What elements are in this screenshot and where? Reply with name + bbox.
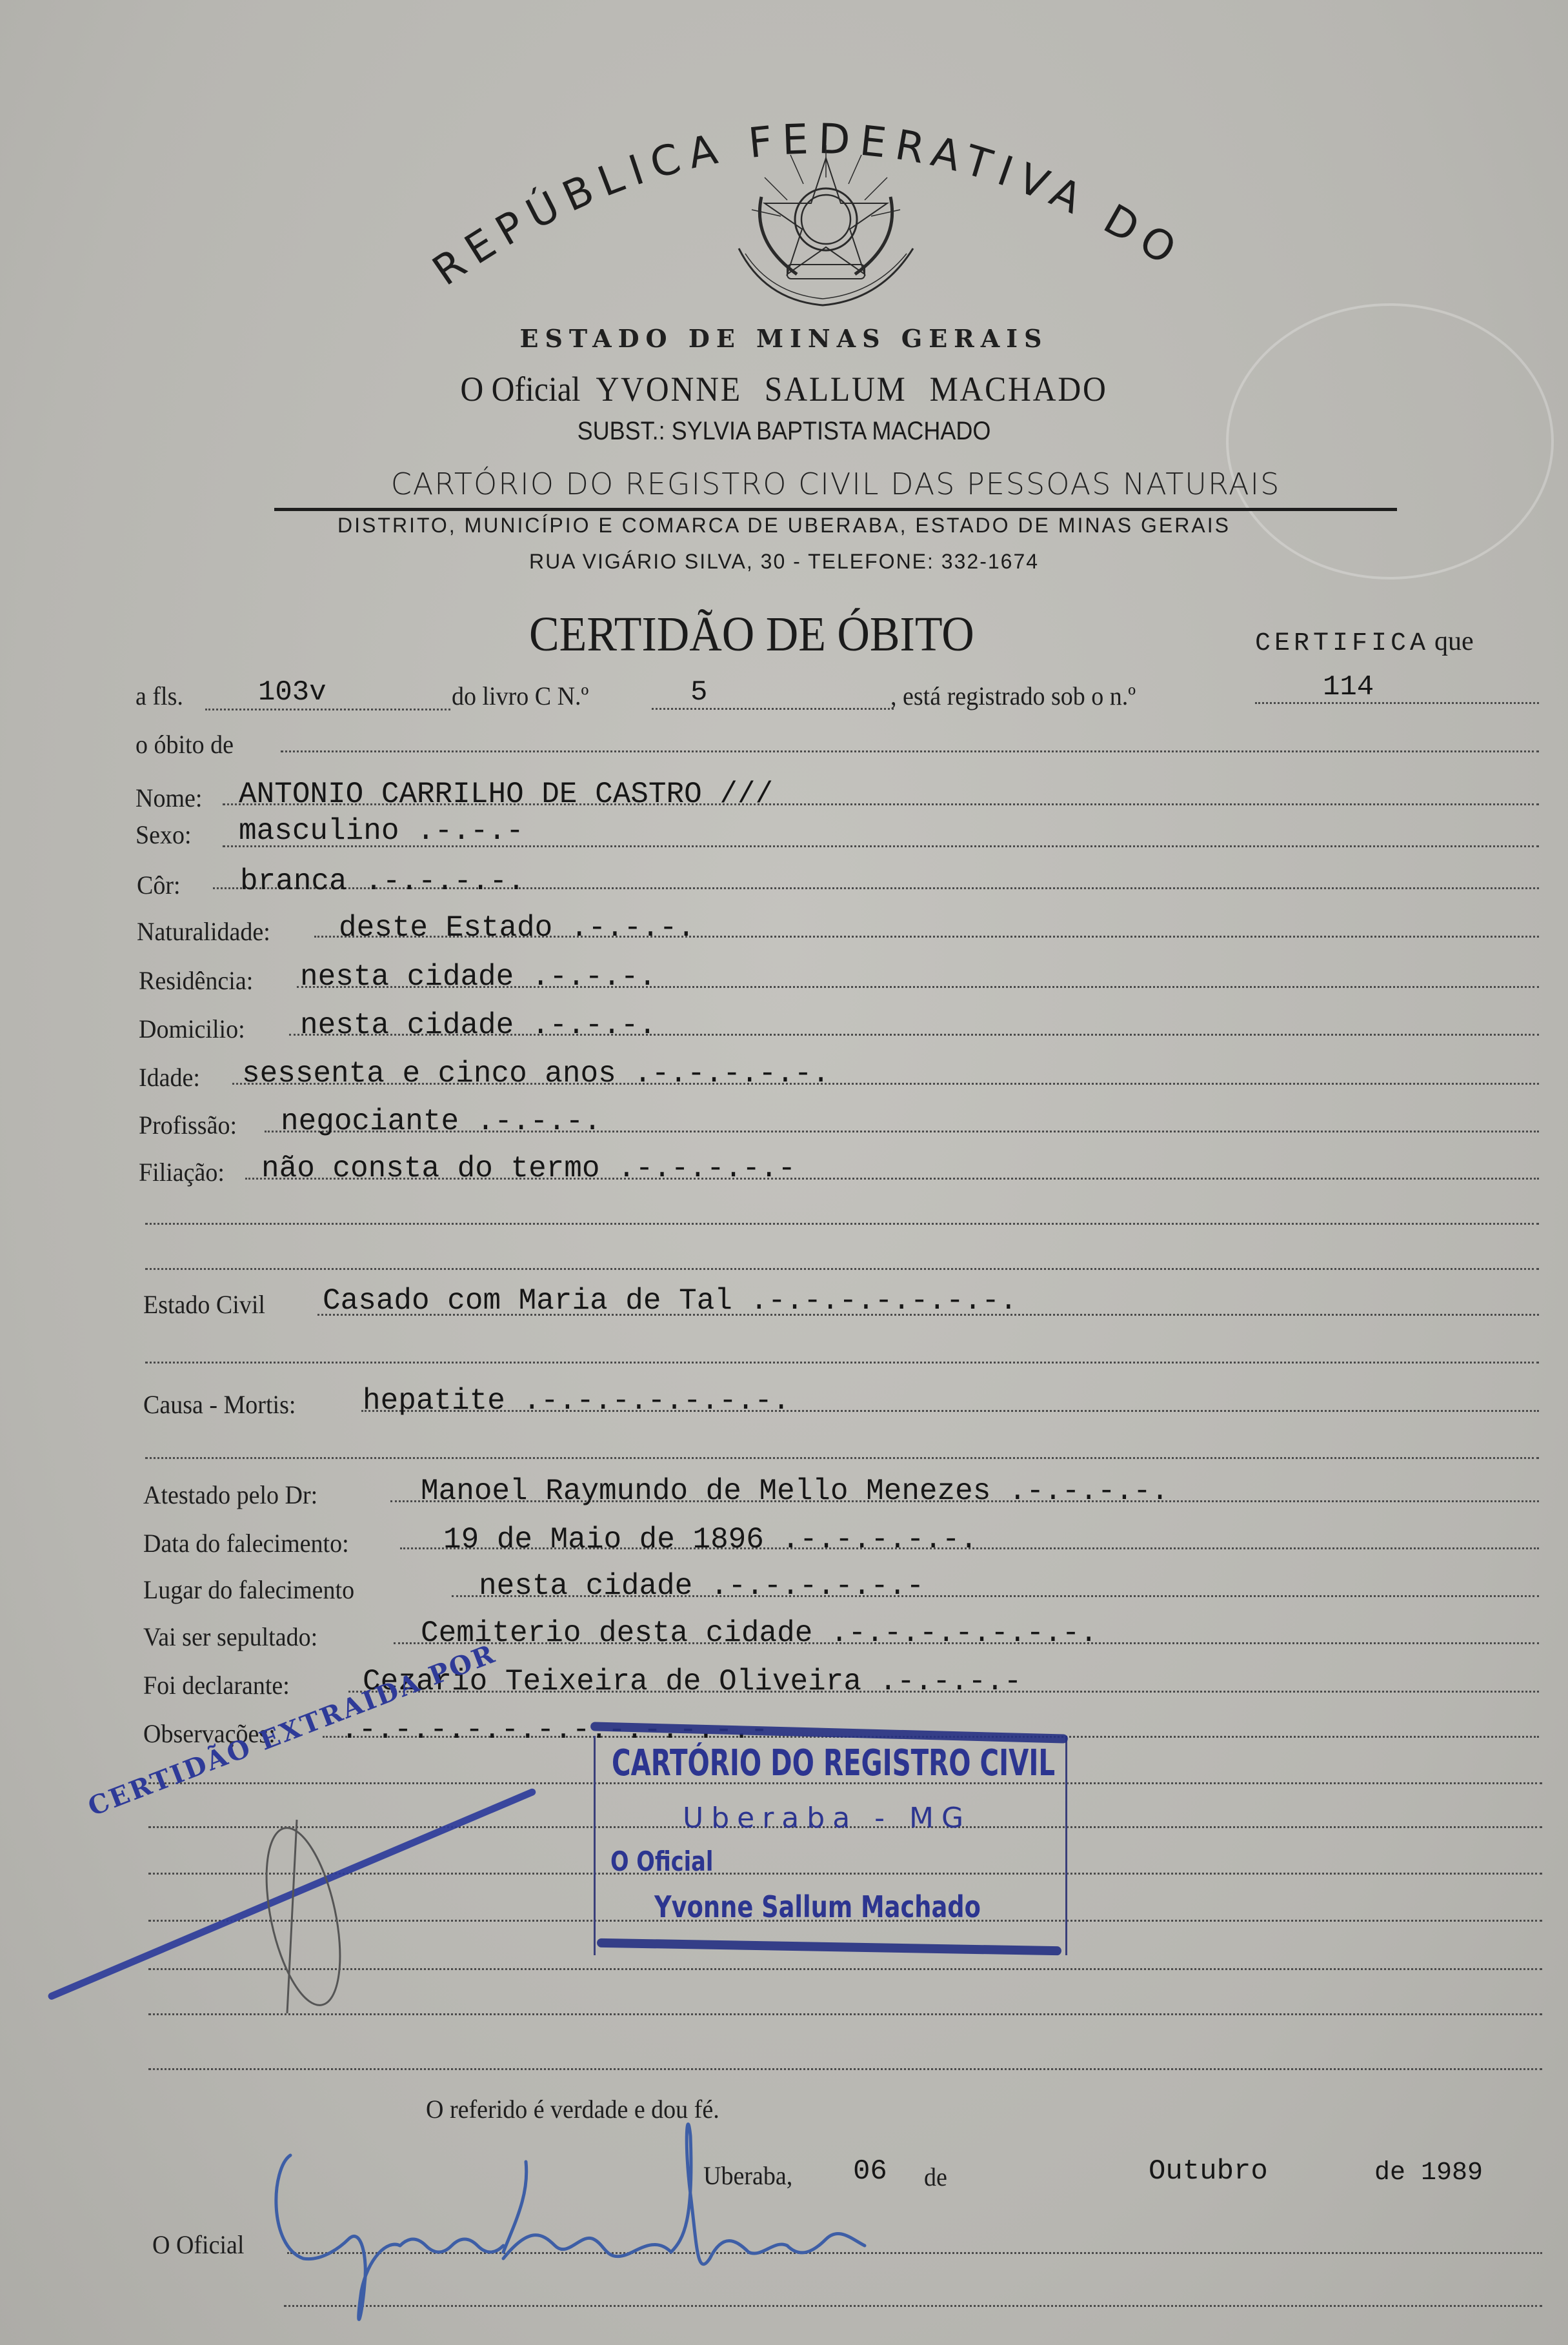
obito-underline: [281, 750, 1539, 752]
registry-name: CARTÓRIO DO REGISTRO CIVIL DAS PESSOAS N…: [274, 467, 1397, 501]
field-value-côr: branca .-.-.-.-.: [240, 865, 525, 898]
blank-line: [145, 1362, 1539, 1364]
initials-scribble-icon: [245, 1807, 361, 2026]
field-value-sexo: masculino .-.-.-: [239, 814, 524, 848]
signature-label: O Oficial: [152, 2229, 244, 2260]
footer-year: de 1989: [1374, 2159, 1483, 2188]
field-value-causa-mortis: hepatite .-.-.-.-.-.-.-.: [363, 1384, 790, 1418]
district-line: DISTRITO, MUNICÍPIO E COMARCA DE UBERABA…: [0, 514, 1568, 538]
substitute-line: SUBST.: SYLVIA BAPTISTA MACHADO: [79, 417, 1490, 446]
blank-line: [145, 1268, 1539, 1270]
livro-underline: [652, 708, 894, 710]
brazil-coat-of-arms-icon: [726, 139, 926, 310]
state-name: ESTADO DE MINAS GERAIS: [0, 324, 1568, 353]
livro-label: do livro C N.º: [452, 681, 588, 711]
stamp-line-oficial: O Oficial: [610, 1846, 713, 1877]
field-value-estado-civil: Casado com Maria de Tal .-.-.-.-.-.-.-.: [323, 1284, 1018, 1318]
officer-name-last: MACHADO: [930, 370, 1108, 408]
field-label-naturalidade: Naturalidade:: [137, 916, 270, 947]
officer-prefix: O Oficial: [460, 370, 580, 408]
field-label-domicilio: Domicilio:: [139, 1014, 245, 1044]
header-rule: [274, 508, 1397, 511]
field-value-idade: sessenta e cinco anos .-.-.-.-.-.: [242, 1057, 830, 1091]
officer-name-middle: SALLUM: [765, 370, 907, 408]
field-label-profissão: Profissão:: [139, 1110, 237, 1140]
field-value-profissão: negociante .-.-.-.: [281, 1105, 601, 1138]
field-value-naturalidade: deste Estado .-.-.-.: [339, 911, 695, 945]
certifica-word: CERTIFICA: [1255, 629, 1429, 658]
officer-line: O OficialYVONNESALLUMMACHADO: [63, 369, 1505, 409]
field-value-lugar-do-falecimento: nesta cidade .-.-.-.-.-.-: [479, 1569, 924, 1603]
document-title: CERTIDÃO DE ÓBITO: [529, 607, 974, 663]
fls-value: 103v: [258, 676, 327, 709]
stamp-line-city: Uberaba - MG: [683, 1802, 971, 1835]
officer-name-first: YVONNE: [596, 370, 742, 408]
field-label-residência: Residência:: [139, 965, 253, 996]
field-label-côr: Côr:: [137, 870, 181, 900]
field-value-nome: ANTONIO CARRILHO DE CASTRO ///: [239, 778, 773, 811]
field-label-lugar-do-falecimento: Lugar do falecimento: [143, 1575, 354, 1605]
field-label-data-do-falecimento: Data do falecimento:: [143, 1528, 349, 1558]
field-value-atestado-pelo-dr: Manoel Raymundo de Mello Menezes .-.-.-.…: [421, 1474, 1169, 1508]
registrado-underline: [1255, 702, 1539, 704]
stamp-line-officer: Yvonne Sallum Machado: [654, 1889, 981, 1924]
field-value-data-do-falecimento: 19 de Maio de 1896 .-.-.-.-.-.: [443, 1523, 978, 1556]
registrado-label: , está registrado sob o n.º: [890, 681, 1136, 711]
field-label-causa-mortis: Causa - Mortis:: [143, 1389, 296, 1420]
stamp-line-registry: CARTÓRIO DO REGISTRO CIVIL: [612, 1742, 1055, 1784]
que-word: que: [1434, 627, 1474, 656]
field-label-estado-civil: Estado Civil: [143, 1289, 265, 1320]
field-label-nome: Nome:: [136, 783, 202, 813]
fls-underline: [205, 709, 450, 710]
field-label-idade: Idade:: [139, 1062, 200, 1092]
field-label-sexo: Sexo:: [136, 820, 192, 850]
handwritten-signature: [271, 2065, 1174, 2336]
field-value-residência: nesta cidade .-.-.-.: [300, 960, 656, 994]
blank-line: [145, 1457, 1539, 1459]
field-value-domicilio: nesta cidade .-.-.-.: [300, 1009, 656, 1042]
certifica-que: CERTIFICAque: [1255, 626, 1474, 658]
obito-label: o óbito de: [136, 729, 234, 760]
field-value-vai-ser-sepultado: Cemiterio desta cidade .-.-.-.-.-.-.-.: [421, 1616, 1098, 1650]
field-label-vai-ser-sepultado: Vai ser sepultado:: [143, 1622, 317, 1652]
field-label-atestado-pelo-dr: Atestado pelo Dr:: [143, 1480, 317, 1510]
livro-value: 5: [690, 676, 707, 709]
fls-label: a fls.: [136, 681, 183, 711]
blank-line: [145, 1223, 1539, 1225]
field-label-foi-declarante: Foi declarante:: [143, 1670, 290, 1700]
field-value-filiação: não consta do termo .-.-.-.-.-: [261, 1152, 796, 1185]
field-label-filiação: Filiação:: [139, 1157, 225, 1187]
registrado-value: 114: [1323, 671, 1374, 703]
address-line: RUA VIGÁRIO SILVA, 30 - TELEFONE: 332-16…: [0, 550, 1568, 574]
